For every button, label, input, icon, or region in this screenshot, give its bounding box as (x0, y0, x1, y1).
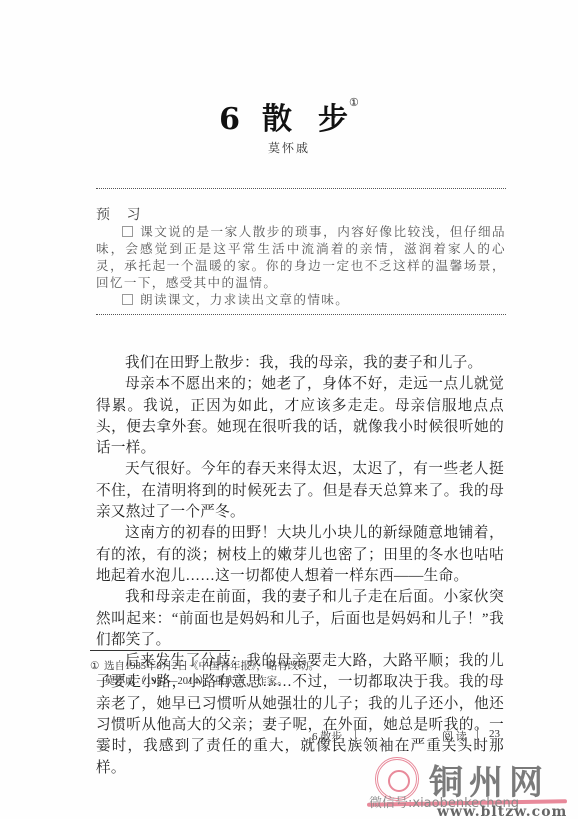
preview-item: 朗读课文，力求读出文章的情味。 (96, 291, 506, 308)
footer-divider (355, 727, 356, 747)
body-paragraph: 我和母亲走在前面，我的妻子和儿子走在后面。小家伙突然叫起来：“前面也是妈妈和儿子… (96, 587, 504, 651)
preview-top-divider (96, 188, 506, 189)
footnote-rule (90, 650, 230, 651)
lesson-title: 6散步① (0, 94, 578, 138)
footer-lesson-label: 6 散步 (312, 728, 342, 744)
title-footnote-mark[interactable]: ① (349, 96, 359, 109)
body-paragraph: 母亲本不愿出来的；她老了，身体不好，走远一点儿就觉得累。我说，正因为如此，才应该… (96, 374, 504, 459)
watermark-url: www.bltzw.com (437, 804, 567, 819)
article-body: 我们在田野上散步：我，我的母亲，我的妻子和儿子。 母亲本不愿出来的；她老了，身体… (96, 353, 504, 779)
footnote-author-note: 莫怀戚（1951—2014），重庆人，作家。 (90, 674, 450, 689)
preview-section: 课文说的是一家人散步的琐事，内容好像比较浅，但仔细品味，会感觉到正是这平常生活中… (96, 223, 506, 308)
preview-item: 课文说的是一家人散步的琐事，内容好像比较浅，但仔细品味，会感觉到正是这平常生活中… (96, 223, 506, 291)
body-paragraph: 这南方的初春的田野！大块儿小块儿的新绿随意地铺着，有的浓，有的淡；树枝上的嫩芽儿… (96, 523, 504, 587)
body-paragraph: 我们在田野上散步：我，我的母亲，我的妻子和儿子。 (96, 353, 504, 374)
preview-heading: 预 习 (96, 204, 146, 224)
square-bullet-icon (122, 226, 133, 237)
page-number: 23 (489, 728, 500, 740)
author-name: 莫怀戚 (0, 139, 578, 156)
site-watermark: 铜州网 微信号:xiaobenkecheng www.bltzw.com (365, 755, 578, 819)
footer-divider (477, 727, 478, 747)
lesson-number: 6 (219, 102, 240, 137)
lesson-title-char-2: 步 (318, 102, 348, 137)
body-paragraph: 天气很好。今年的春天来得太迟，太迟了，有一些老人挺不住，在清明将到的时候死去了。… (96, 459, 504, 523)
square-bullet-icon (122, 294, 133, 305)
footer-section-label: 阅 读 (442, 728, 467, 744)
preview-bottom-divider (96, 314, 506, 315)
textbook-page: 6散步① 莫怀戚 预 习 课文说的是一家人散步的琐事，内容好像比较浅，但仔细品味… (0, 0, 578, 819)
footnote-source: ①选自1985年8月2日《中国青年报》，略有改动。 (90, 659, 450, 674)
footnote: ①选自1985年8月2日《中国青年报》，略有改动。 莫怀戚（1951—2014）… (90, 659, 450, 689)
footnote-mark: ① (90, 659, 104, 674)
lesson-title-char-1: 散 (262, 102, 292, 137)
